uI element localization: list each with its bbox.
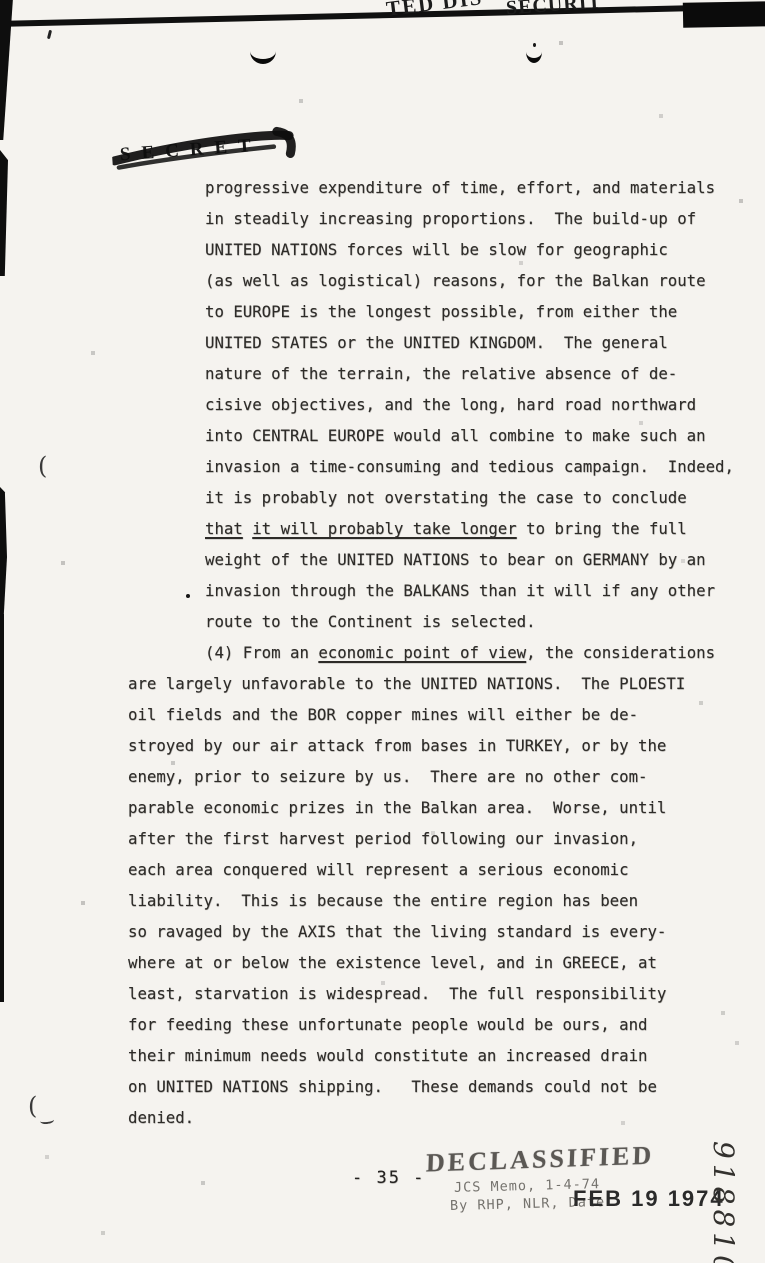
text-line: on UNITED NATIONS shipping. These demand… (0, 1071, 765, 1102)
text-segment: denied. (128, 1108, 194, 1127)
text-segment: weight of the UNITED NATIONS to bear on … (205, 550, 706, 569)
text-line: oil fields and the BOR copper mines will… (0, 699, 765, 730)
underlined-text: that (205, 519, 243, 538)
declassified-stamp-title: DECLASSIFIED (426, 1139, 687, 1178)
text-segment: progressive expenditure of time, effort,… (205, 178, 715, 197)
text-segment: their minimum needs would constitute an … (128, 1046, 647, 1065)
text-line: after the first harvest period following… (0, 823, 765, 854)
text-segment: oil fields and the BOR copper mines will… (128, 705, 638, 724)
text-segment: stroyed by our air attack from bases in … (128, 736, 666, 755)
text-segment: so ravaged by the AXIS that the living s… (128, 922, 666, 941)
text-line: invasion a time-consuming and tedious ca… (0, 451, 765, 482)
text-segment: where at or below the existence level, a… (128, 953, 657, 972)
date-stamp: FEB 19 1974 (573, 1186, 725, 1212)
text-segment: (as well as logistical) reasons, for the… (205, 271, 706, 290)
text-segment: to EUROPE is the longest possible, from … (205, 302, 677, 321)
text-line: denied. (0, 1102, 765, 1133)
text-segment: into CENTRAL EUROPE would all combine to… (205, 426, 706, 445)
stray-ink-mark (47, 30, 52, 39)
document-body: progressive expenditure of time, effort,… (0, 172, 765, 1133)
text-segment: it is probably not overstating the case … (205, 488, 687, 507)
text-segment: enemy, prior to seizure by us. There are… (128, 767, 647, 786)
document-page: TED DIS SECURIT ( ( SECRET progressive e… (0, 0, 765, 1263)
text-segment: invasion through the BALKANS than it wil… (205, 581, 715, 600)
text-line: that it will probably take longer to bri… (0, 513, 765, 544)
text-line: are largely unfavorable to the UNITED NA… (0, 668, 765, 699)
text-line: liability. This is because the entire re… (0, 885, 765, 916)
text-segment: UNITED NATIONS forces will be slow for g… (205, 240, 668, 259)
text-line: enemy, prior to seizure by us. There are… (0, 761, 765, 792)
text-segment: to bring the full (517, 519, 687, 538)
text-line: each area conquered will represent a ser… (0, 854, 765, 885)
text-segment: in steadily increasing proportions. The … (205, 209, 696, 228)
text-line: nature of the terrain, the relative abse… (0, 358, 765, 389)
declassified-stamp: DECLASSIFIED JCS Memo, 1-4-74 By RHP, NL… (426, 1144, 686, 1174)
text-segment: invasion a time-consuming and tedious ca… (205, 457, 734, 476)
underlined-text: economic point of view (318, 643, 526, 662)
text-segment: route to the Continent is selected. (205, 612, 536, 631)
text-segment (243, 519, 252, 538)
text-line: where at or below the existence level, a… (0, 947, 765, 978)
text-segment: for feeding these unfortunate people wou… (128, 1015, 647, 1034)
text-line: cisive objectives, and the long, hard ro… (0, 389, 765, 420)
text-line: UNITED STATES or the UNITED KINGDOM. The… (0, 327, 765, 358)
text-line: into CENTRAL EUROPE would all combine to… (0, 420, 765, 451)
text-segment: are largely unfavorable to the UNITED NA… (128, 674, 685, 693)
text-line: their minimum needs would constitute an … (0, 1040, 765, 1071)
text-segment: UNITED STATES or the UNITED KINGDOM. The… (205, 333, 668, 352)
text-line: parable economic prizes in the Balkan ar… (0, 792, 765, 823)
scan-left-edge-artifact (0, 0, 13, 140)
text-line: in steadily increasing proportions. The … (0, 203, 765, 234)
check-mark (526, 49, 542, 63)
clipped-header-text-left: TED DIS (385, 0, 485, 22)
text-line: UNITED NATIONS forces will be slow for g… (0, 234, 765, 265)
text-segment: least, starvation is widespread. The ful… (128, 984, 666, 1003)
text-line: route to the Continent is selected. (0, 606, 765, 637)
text-segment: liability. This is because the entire re… (128, 891, 638, 910)
handwritten-serial-number: 918810 (704, 1141, 740, 1251)
text-segment: after the first harvest period following… (128, 829, 638, 848)
text-line: so ravaged by the AXIS that the living s… (0, 916, 765, 947)
check-mark (250, 48, 276, 64)
text-segment: each area conquered will represent a ser… (128, 860, 629, 879)
text-segment: nature of the terrain, the relative abse… (205, 364, 677, 383)
text-line: invasion through the BALKANS than it wil… (0, 575, 765, 606)
text-line: stroyed by our air attack from bases in … (0, 730, 765, 761)
text-line: least, starvation is widespread. The ful… (0, 978, 765, 1009)
text-line: progressive expenditure of time, effort,… (0, 172, 765, 203)
page-number: - 35 - (352, 1168, 425, 1188)
text-segment: on UNITED NATIONS shipping. These demand… (128, 1077, 657, 1096)
text-line: (as well as logistical) reasons, for the… (0, 265, 765, 296)
text-line: weight of the UNITED NATIONS to bear on … (0, 544, 765, 575)
clipped-header-text-right: SECURIT (505, 0, 602, 20)
text-segment: (4) From an (205, 643, 318, 662)
text-line: (4) From an economic point of view, the … (0, 637, 765, 668)
scan-noise (0, 0, 2, 2)
text-line: to EUROPE is the longest possible, from … (0, 296, 765, 327)
text-line: for feeding these unfortunate people wou… (0, 1009, 765, 1040)
text-segment: , the considerations (526, 643, 715, 662)
text-segment: parable economic prizes in the Balkan ar… (128, 798, 666, 817)
ink-dot (533, 43, 536, 47)
underlined-text: it will probably take longer (252, 519, 516, 538)
scan-top-edge-block (683, 1, 765, 28)
text-segment: cisive objectives, and the long, hard ro… (205, 395, 696, 414)
text-line: it is probably not overstating the case … (0, 482, 765, 513)
